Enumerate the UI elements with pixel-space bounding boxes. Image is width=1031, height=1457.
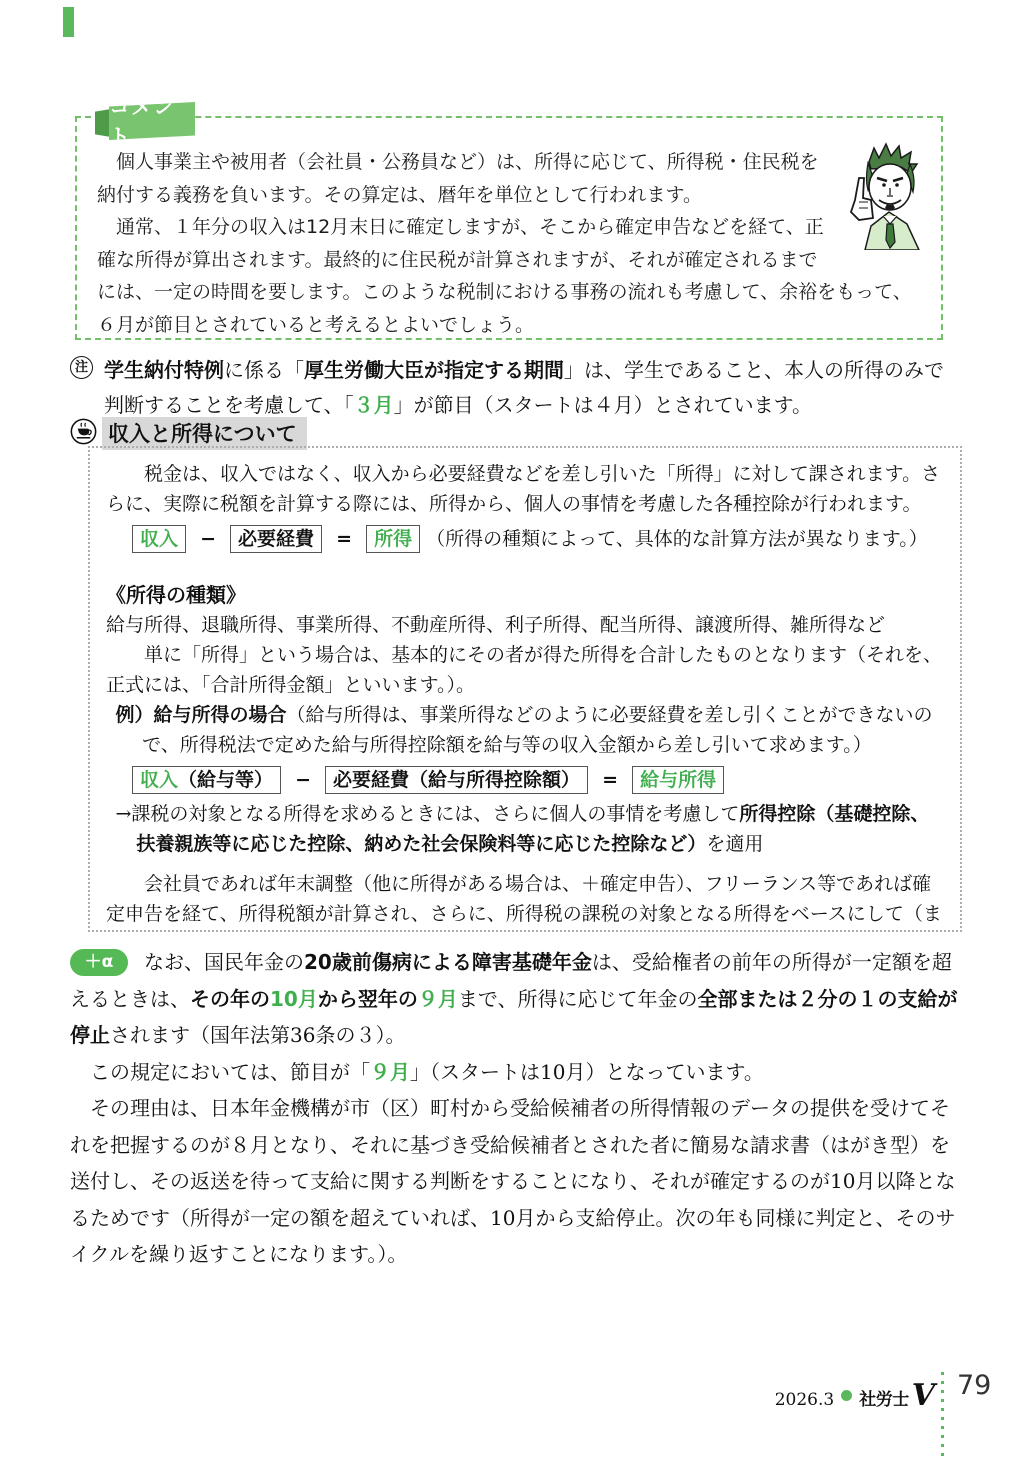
income-types-list: 給与所得、退職所得、事業所得、不動産所得、利子所得、配当所得、譲渡所得、雑所得な… (106, 610, 948, 640)
formula-term-expenses: 必要経費 (230, 525, 322, 553)
comment-paragraph-1: 個人事業主や被用者（会社員・公務員など）は、所得に応じて、所得税・住民税を納付す… (97, 146, 927, 211)
deduction-arrow-note: →課税の対象となる所得を求めるときには、さらに個人の事情を考慮して所得控除（基礎… (106, 799, 948, 859)
footer-brand: 2026.3 社労士 V (775, 1378, 935, 1413)
minus-operator: − (295, 765, 311, 795)
alpha-paragraph-1: ＋αなお、国民年金の20歳前傷病による障害基礎年金は、受給権者の前年の所得が一定… (70, 944, 962, 1054)
green-crop-mark (63, 7, 74, 37)
formula-term-salary-income: 収入（給与等） (132, 766, 281, 794)
salary-income-formula: 収入（給与等） − 必要経費（給与所得控除額） = 給与所得 (132, 765, 948, 795)
formula-term-shotoku: 所得 (366, 525, 420, 553)
comment-paragraph-2: 通常、１年分の収入は12月末日に確定しますが、そこから確定申告などを経て、正確な… (97, 211, 927, 341)
plus-alpha-section: ＋αなお、国民年金の20歳前傷病による障害基礎年金は、受給権者の前年の所得が一定… (70, 944, 962, 1273)
formula-term-salary-shotoku: 給与所得 (632, 766, 724, 794)
alpha-paragraph-1-text: なお、国民年金の20歳前傷病による障害基礎年金は、受給権者の前年の所得が一定額を… (70, 950, 957, 1047)
green-dot-icon (841, 1390, 852, 1401)
page-number: 79 (957, 1370, 991, 1401)
formula-note: （所得の種類によって、具体的な計算方法が異なります。） (426, 528, 928, 550)
alpha-paragraph-2: この規定においては、節目が「９月」（スタートは10月）となっています。 (70, 1054, 962, 1091)
note-paragraph: 注 学生納付特例に係る「厚生労働大臣が指定する期間」は、学生であること、本人の所… (70, 353, 958, 423)
note-text: 学生納付特例に係る「厚生労働大臣が指定する期間」は、学生であること、本人の所得の… (104, 358, 944, 417)
formula-term-salary-deduction: 必要経費（給与所得控除額） (325, 766, 588, 794)
tax-paragraph: 税金は、収入ではなく、収入から必要経費などを差し引いた「所得」に対して課されます… (106, 459, 948, 519)
alpha-paragraph-3: その理由は、日本年金機構が市（区）町村から受給候補者の所得情報のデータの提供を受… (70, 1090, 962, 1273)
comment-flag: コメント (95, 102, 195, 142)
equals-operator: = (336, 524, 352, 554)
income-types-subtitle: 《所得の種類》 (106, 580, 948, 610)
income-formula-general: 収入 − 必要経費 = 所得 （所得の種類によって、具体的な計算方法が異なります… (132, 524, 948, 554)
coffee-cup-icon (70, 418, 97, 450)
footer-brand-name: 社労士 (859, 1385, 909, 1410)
comment-box: コメント (75, 116, 943, 340)
minus-operator: − (200, 524, 216, 554)
total-income-paragraph: 単に「所得」という場合は、基本的にその者が得た所得を合計したものとなります（それ… (106, 640, 948, 700)
year-end-adjustment-paragraph: 会社員であれば年末調整（他に所得がある場合は、＋確定申告）、フリーランス等であれ… (106, 869, 948, 932)
footer-brand-v-logo: V (912, 1378, 935, 1413)
magazine-page: コメント (0, 0, 1031, 1457)
footer-issue-date: 2026.3 (775, 1390, 834, 1410)
flag-body: コメント (109, 102, 195, 140)
income-explanation-box: 税金は、収入ではなく、収入から必要経費などを差し引いた「所得」に対して課されます… (88, 446, 962, 932)
note-circle-icon: 注 (70, 356, 93, 379)
salary-income-example: 例）給与所得の場合（給与所得は、事業所得などのように必要経費を差し引くことができ… (106, 700, 948, 760)
pointing-man-icon (841, 140, 925, 248)
green-dotted-line (941, 1372, 944, 1457)
equals-operator: = (602, 765, 618, 795)
plus-alpha-badge: ＋α (70, 949, 128, 976)
formula-term-income: 収入 (132, 525, 186, 553)
comment-content: 個人事業主や被用者（会社員・公務員など）は、所得に応じて、所得税・住民税を納付す… (77, 118, 941, 349)
